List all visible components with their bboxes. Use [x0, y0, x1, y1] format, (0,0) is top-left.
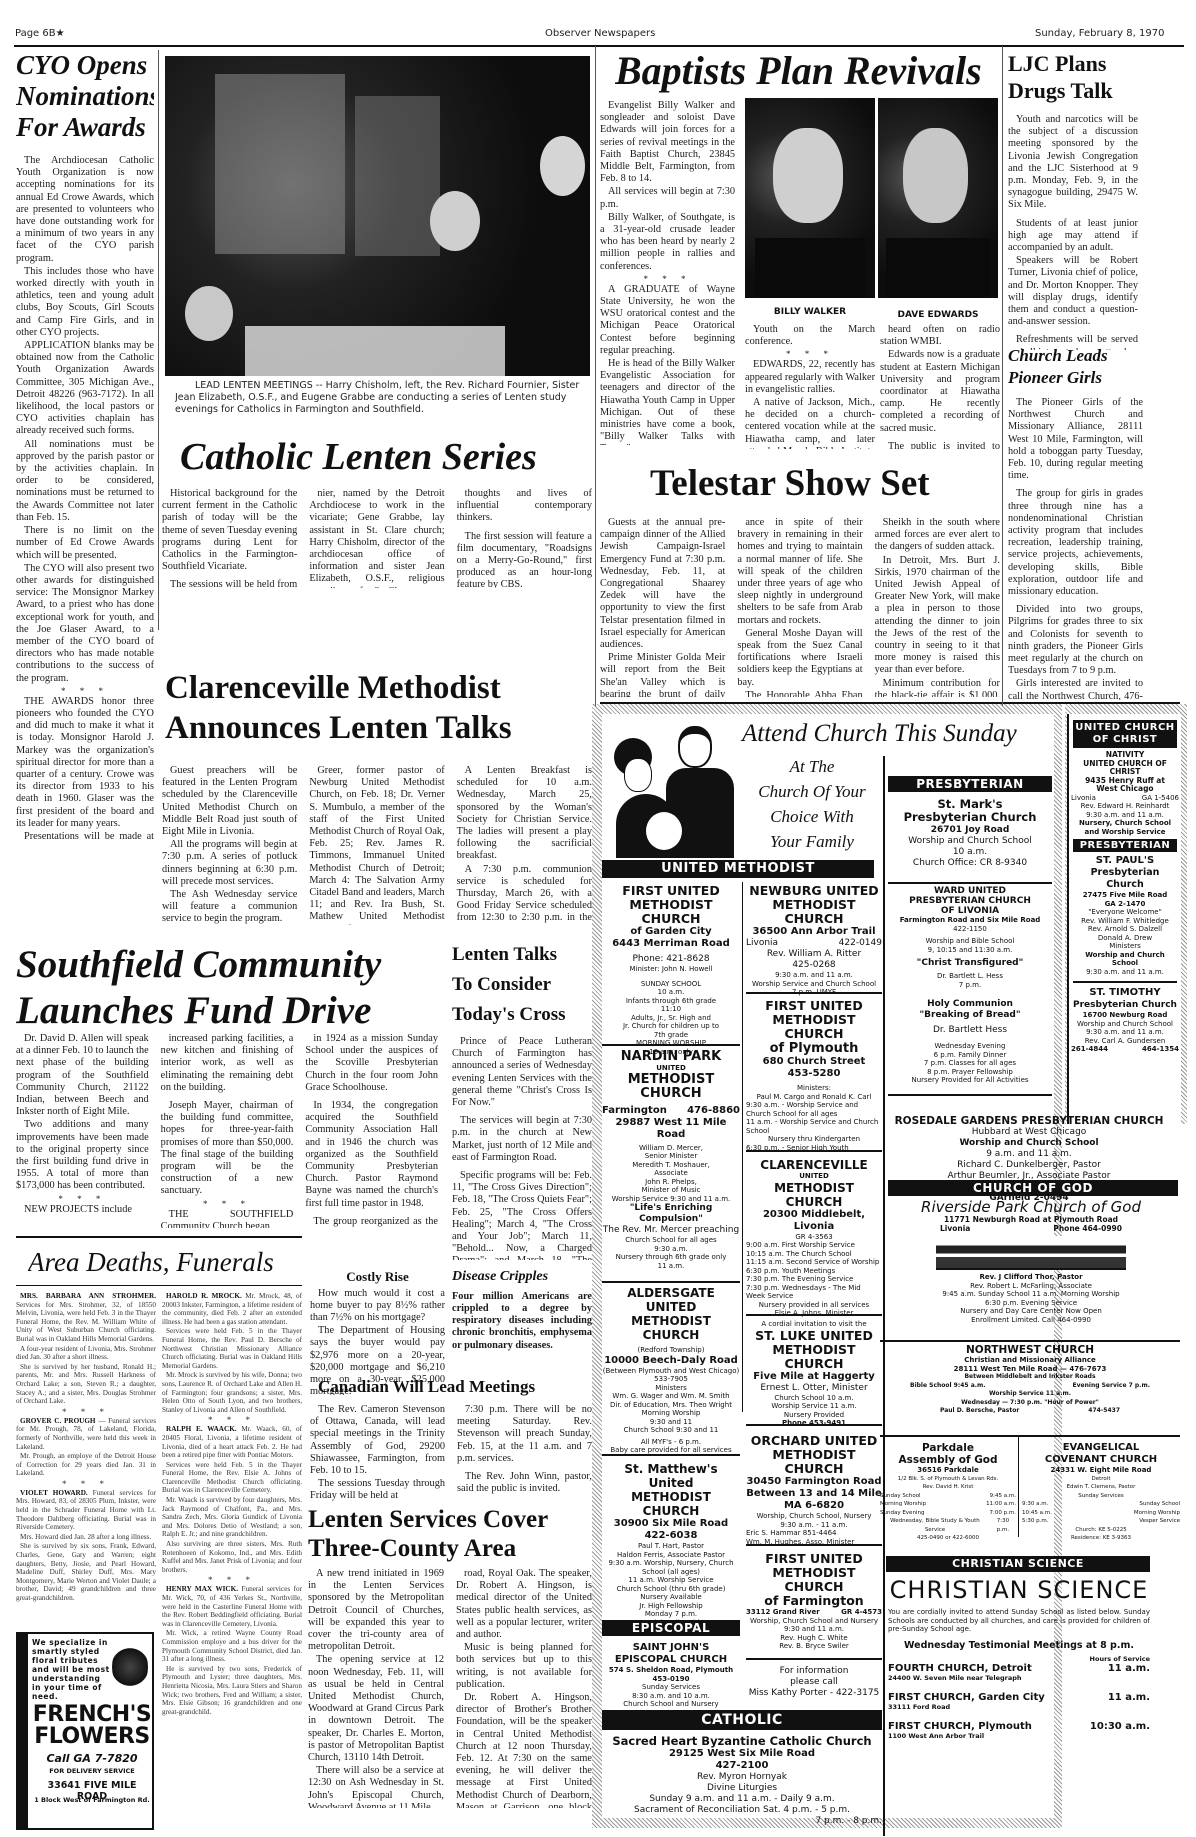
st-marks-presbyterian: St. Mark's Presbyterian Church 26701 Joy… [888, 798, 1052, 869]
aldersgate-umc: ALDERSGATE UNITED METHODIST CHURCH (Redf… [602, 1286, 740, 1455]
northwest-church: NORTHWEST CHURCH Christian and Missionar… [880, 1344, 1180, 1416]
cs-church-row: FOURTH CHURCH, Detroit11 a.m. [888, 1663, 1150, 1674]
pioneer-girls-article: Church Leads Pioneer Girls The Pioneer G… [1008, 345, 1143, 700]
person-face [430, 191, 480, 251]
pioneer-headline: Church Leads Pioneer Girls [1008, 345, 1143, 389]
cyo-body: The Archdiocesan Catholic Youth Organiza… [16, 155, 154, 840]
methodist-info-contact: For information please call Miss Kathy P… [746, 1666, 882, 1699]
church-building-illustration-icon [936, 1236, 1126, 1270]
column-rule [158, 50, 159, 630]
obituaries-col1: MRS. BARBARA ANN STROHMER. Services for … [16, 1292, 156, 1627]
baptists-col3: heard often on radio station WMBI. Edwar… [880, 324, 1000, 449]
clarenceville-body: Guest preachers will be featured in the … [162, 765, 592, 925]
photo-wall-panel [355, 96, 440, 256]
st-pauls-presbyterian: ST. PAUL'S Presbyterian Church 27475 Fiv… [1069, 852, 1181, 979]
newburg-umc: NEWBURG UNITED METHODIST CHURCH 36500 An… [746, 884, 882, 997]
directory-slogan: At The Church Of Your Choice With Your F… [742, 754, 882, 854]
column-rule [1002, 46, 1003, 706]
baptists-col1: Evangelist Billy Walker and songleader a… [600, 100, 735, 445]
catholic-series-body: Historical background for the current fe… [162, 488, 592, 588]
dave-edwards-caption: DAVE EDWARDS [878, 310, 998, 320]
ward-united-presbyterian: WARD UNITED PRESBYTERIAN CHURCH OF LIVON… [888, 886, 1052, 1085]
first-umc-garden-city: FIRST UNITED METHODIST CHURCH of Garden … [602, 884, 740, 1056]
clarenceville-headline: Clarenceville Methodist Announces Lenten… [165, 668, 605, 748]
catholic-band: CATHOLIC [602, 1710, 882, 1730]
directory-right-column: UNITED CHURCH OF CHRIST NATIVITY UNITED … [1065, 704, 1187, 1124]
billy-walker-photo [745, 98, 875, 298]
frenchs-flowers-ad: We specialize in smartly styled floral t… [16, 1632, 154, 1830]
section-rule [16, 1285, 302, 1286]
orchard-umc: ORCHARD UNITED METHODIST CHURCH 30450 Fa… [746, 1434, 882, 1546]
clarenceville-umc: CLARENCEVILLE UNITED METHODIST CHURCH 20… [746, 1158, 882, 1318]
st-timothy-presbyterian: ST. TIMOTHY Presbyterian Church 16700 Ne… [1069, 985, 1181, 1056]
masthead-rule [14, 45, 1184, 47]
baptists-headline: Baptists Plan Revivals [615, 48, 995, 94]
nardin-park-umc: NARDIN PARK UNITED METHODIST CHURCH Farm… [602, 1050, 740, 1270]
christian-science-listing: CHRISTIAN SCIENCE You are cordially invi… [888, 1576, 1150, 1740]
st-matthews-umc: St. Matthew's United METHODIST CHURCH 30… [602, 1462, 740, 1636]
lenten-meetings-photo [165, 56, 590, 376]
cs-church-row: FIRST CHURCH, Garden City11 a.m. [888, 1692, 1150, 1703]
disease-article: Disease Cripples Four million Americans … [452, 1270, 592, 1380]
presbyterian-band: PRESBYTERIAN [888, 776, 1052, 792]
disease-headline: Disease Cripples [452, 1270, 592, 1285]
separator: * * * [16, 686, 154, 696]
ucc-band: UNITED CHURCH OF CHRIST [1073, 720, 1177, 748]
family-illustration-icon [606, 718, 736, 858]
presbyterian-band-2: PRESBYTERIAN [1073, 839, 1177, 852]
flowers-name: FRENCH'S FLOWERS [32, 1704, 152, 1748]
st-luke-umc: A cordial invitation to visit the ST. LU… [746, 1320, 882, 1428]
cyo-article: CYO Opens Nominations For Awards The Arc… [16, 50, 154, 840]
saint-johns-episcopal: SAINT JOHN'S EPISCOPAL CHURCH 574 S. She… [602, 1642, 740, 1717]
person-face [185, 286, 233, 341]
telestar-body: Guests at the annual pre-campaign dinner… [600, 517, 1000, 697]
dave-edwards-photo [878, 98, 998, 298]
person-face [540, 136, 585, 196]
telestar-headline: Telestar Show Set [650, 465, 990, 504]
riverside-park-church-of-god: Riverside Park Church of God 11771 Newbu… [880, 1198, 1182, 1324]
cyo-headline: CYO Opens Nominations For Awards [16, 50, 154, 143]
three-county-headline: Lenten Services Cover Three-County Area [308, 1505, 598, 1563]
directory-title: Attend Church This Sunday [742, 720, 1062, 748]
first-umc-farmington: FIRST UNITED METHODIST CHURCH of Farming… [746, 1552, 882, 1651]
flowers-tagline: We specialize in smartly styled floral t… [32, 1638, 112, 1701]
issue-date: Sunday, February 8, 1970 [1035, 28, 1164, 39]
portrait-face [903, 128, 968, 223]
canadian-body: The Rev. Cameron Stevenson of Ottawa, Ca… [310, 1404, 592, 1504]
photo-caption: LEAD LENTEN MEETINGS -- Harry Chisholm, … [175, 380, 585, 420]
obituaries-col2: HAROLD R. MROCK. Mr. Mrock, 48, of 20003… [162, 1292, 302, 1832]
portrait-face [773, 128, 843, 223]
christian-science-title: CHRISTIAN SCIENCE [888, 1576, 1150, 1604]
lenten-talks-headline: Lenten Talks To Consider Today's Cross [452, 940, 592, 1030]
column-rule [595, 46, 596, 706]
costly-rise-article: Costly Rise How much would it cost a hom… [310, 1270, 445, 1395]
nativity-ucc: NATIVITY UNITED CHURCH OF CHRIST 9435 He… [1069, 748, 1181, 839]
deaths-headline: Area Deaths, Funerals [28, 1248, 308, 1276]
ljc-article: LJC Plans Drugs Talk Youth and narcotics… [1008, 50, 1184, 350]
page-number: Page 6B★ [15, 28, 65, 39]
canadian-headline: Canadian Will Lead Meetings [318, 1378, 598, 1396]
christian-science-band: CHRISTIAN SCIENCE [886, 1556, 1150, 1572]
three-county-body: A new trend initiated in 1969 in the Len… [308, 1568, 592, 1808]
church-of-god-band: CHURCH OF GOD [888, 1180, 1178, 1196]
united-methodist-band: UNITED METHODIST [602, 860, 874, 878]
first-umc-plymouth: FIRST UNITED METHODIST CHURCH of Plymout… [746, 999, 882, 1152]
southfield-body: Dr. David D. Allen will speak at a dinne… [16, 1033, 438, 1228]
cs-church-row: FIRST CHURCH, Plymouth10:30 a.m. [888, 1721, 1150, 1732]
flowers-phone: Call GA 7-7820 [32, 1752, 152, 1765]
southfield-headline: Southfield Community Launches Fund Drive [16, 942, 436, 1034]
parkdale-assembly-of-god: Parkdale Assembly of God 36516 Parkdale … [880, 1442, 1016, 1543]
column-divider [742, 882, 743, 1412]
sacred-heart-byzantine-catholic: Sacred Heart Byzantine Catholic Church 2… [602, 1734, 882, 1827]
flower-illustration-icon [112, 1642, 148, 1692]
photo-wall-panel [215, 74, 345, 254]
episcopal-band: EPISCOPAL [602, 1620, 740, 1636]
costly-rise-headline: Costly Rise [310, 1270, 445, 1284]
ljc-headline: LJC Plans Drugs Talk [1008, 50, 1184, 104]
section-rule [16, 1236, 302, 1238]
billy-walker-caption: BILLY WALKER [745, 307, 875, 317]
paper-name: Observer Newspapers [545, 28, 655, 39]
catholic-series-headline: Catholic Lenten Series [180, 436, 590, 478]
photo-table [245, 326, 505, 376]
baptists-col2: Youth on the March conference. * * * EDW… [745, 324, 875, 449]
evangelical-covenant-church: EVANGELICAL COVENANT CHURCH 24331 W. Eig… [1022, 1442, 1180, 1543]
lenten-talks-article: Lenten Talks To Consider Today's Cross P… [452, 940, 592, 1260]
